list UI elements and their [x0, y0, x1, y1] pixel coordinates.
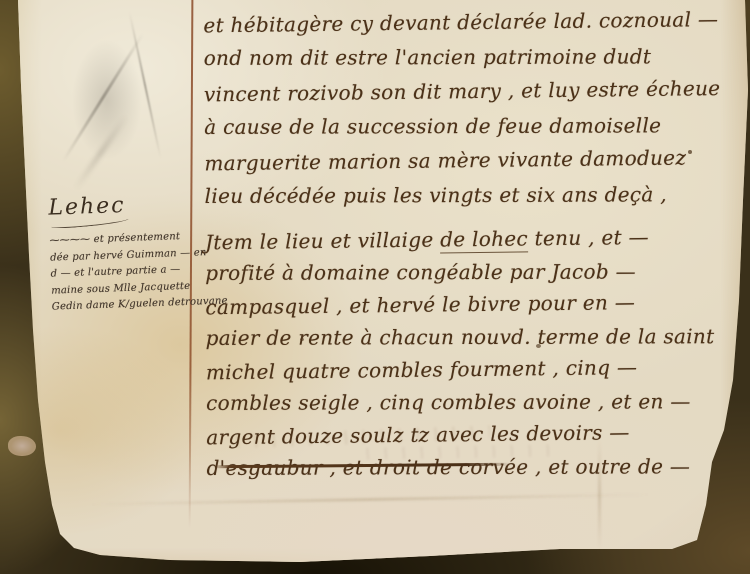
manuscript-line: ond nom dit estre l'ancien patrimoine du… [204, 39, 749, 75]
ink-speck [688, 150, 692, 154]
manuscript-line: vincent rozivob son dit mary , et luy es… [204, 71, 749, 112]
main-text: et hébitagère cy devant déclarée lad. co… [203, 3, 750, 485]
item-line-post: tenu , et — [528, 225, 649, 250]
manuscript-line: profité à domaine congéable par Jacob — [205, 255, 750, 289]
ink-speck [536, 344, 541, 348]
margin-note: Lehec ⁓⁓⁓⁓ et présentement dée par hervé… [48, 191, 202, 316]
manuscript-line: combles seigle , cinq combles avoine , e… [206, 385, 750, 419]
manuscript-line: et hébitagère cy devant déclarée lad. co… [203, 2, 748, 43]
manuscript-line: marguerite marion sa mère vivante damodu… [204, 140, 749, 181]
manuscript-line: argent douze soulz tz avec les devoirs — [206, 415, 750, 454]
ink-speck [300, 338, 304, 341]
manuscript-line: lieu décédée puis les vingts et six ans … [205, 177, 750, 213]
paper-tear [8, 436, 36, 456]
graphite-smudge [72, 40, 142, 160]
paragraph-2: Jtem le lieu et villaige de lohec tenu ,… [205, 221, 750, 485]
paragraph-1: et hébitagère cy devant déclarée lad. co… [203, 3, 749, 214]
manuscript-line: michel quatre combles fourment , cinq — [206, 350, 750, 389]
manuscript-photo: Lehec ⁓⁓⁓⁓ et présentement dée par hervé… [0, 0, 750, 574]
manuscript-line: paier de rente à chacun nouvd. terme de … [206, 320, 750, 354]
manuscript-line: campasquel , et hervé le bivre pour en — [205, 285, 750, 324]
underlined-word: de lohec [440, 226, 528, 253]
manuscript-line-item: Jtem le lieu et villaige de lohec tenu ,… [205, 220, 750, 259]
item-line-pre: Jtem le lieu et villaige [205, 227, 440, 254]
manuscript-line: à cause de la succession de feue damoise… [204, 108, 749, 144]
